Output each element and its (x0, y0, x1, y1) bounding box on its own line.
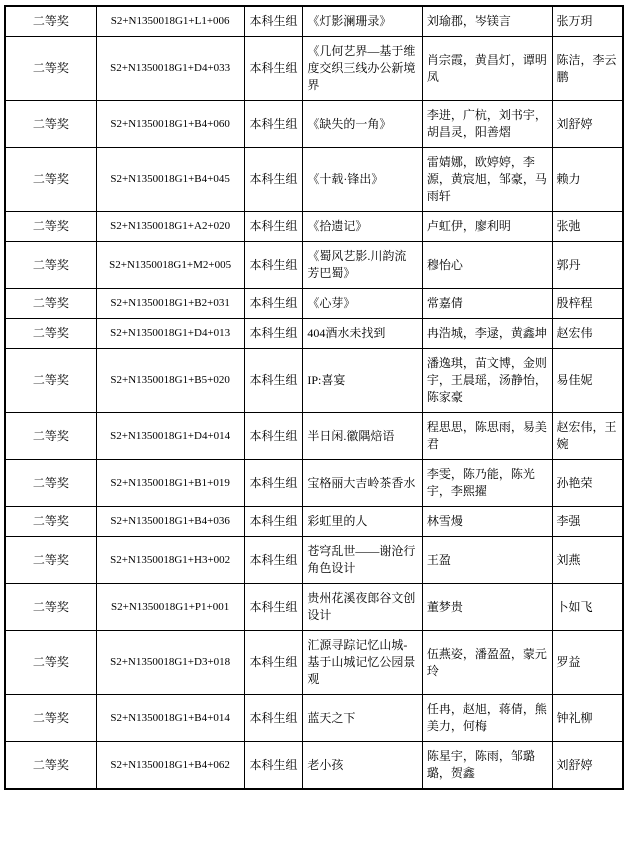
table-row: 二等奖S2+N1350018G1+L1+006本科生组《灯影澜珊录》刘瑜郡，岑镁… (5, 6, 623, 37)
award-level-cell: 二等奖 (5, 148, 96, 212)
group-cell: 本科生组 (244, 212, 303, 242)
entry-code-cell: S2+N1350018G1+L1+006 (96, 6, 244, 37)
group-cell: 本科生组 (244, 631, 303, 695)
award-level-cell: 二等奖 (5, 631, 96, 695)
authors-cell: 程思思，陈思雨，易美君 (422, 413, 552, 460)
authors-cell: 任冉，赵旭，蒋倩，熊美力，何梅 (422, 695, 552, 742)
table-row: 二等奖S2+N1350018G1+A2+020本科生组《拾遗记》卢虹伊，廖利明张… (5, 212, 623, 242)
work-title-cell: 宝格丽大吉岭茶香水 (303, 460, 423, 507)
award-level-cell: 二等奖 (5, 242, 96, 289)
work-title-cell: 半日闲.徽隅焙语 (303, 413, 423, 460)
group-cell: 本科生组 (244, 101, 303, 148)
authors-cell: 林雪熳 (422, 507, 552, 537)
table-row: 二等奖S2+N1350018G1+B4+045本科生组《十载·锋出》雷婧娜，欧婷… (5, 148, 623, 212)
table-row: 二等奖S2+N1350018G1+M2+005本科生组《蜀风艺影.川韵流芳巴蜀》… (5, 242, 623, 289)
award-level-cell: 二等奖 (5, 6, 96, 37)
instructor-cell: 陈洁，李云鹏 (552, 37, 623, 101)
award-level-cell: 二等奖 (5, 460, 96, 507)
group-cell: 本科生组 (244, 460, 303, 507)
instructor-cell: 易佳妮 (552, 349, 623, 413)
table-row: 二等奖S2+N1350018G1+B1+019本科生组宝格丽大吉岭茶香水李雯，陈… (5, 460, 623, 507)
group-cell: 本科生组 (244, 319, 303, 349)
award-level-cell: 二等奖 (5, 413, 96, 460)
entry-code-cell: S2+N1350018G1+M2+005 (96, 242, 244, 289)
work-title-cell: 《缺失的一角》 (303, 101, 423, 148)
group-cell: 本科生组 (244, 6, 303, 37)
group-cell: 本科生组 (244, 289, 303, 319)
authors-cell: 董梦贵 (422, 584, 552, 631)
instructor-cell: 刘舒婷 (552, 101, 623, 148)
authors-cell: 刘瑜郡，岑镁言 (422, 6, 552, 37)
entry-code-cell: S2+N1350018G1+B4+014 (96, 695, 244, 742)
group-cell: 本科生组 (244, 37, 303, 101)
work-title-cell: 《心芽》 (303, 289, 423, 319)
entry-code-cell: S2+N1350018G1+B4+036 (96, 507, 244, 537)
work-title-cell: IP:喜宴 (303, 349, 423, 413)
authors-cell: 伍燕姿，潘盈盈，蒙元玲 (422, 631, 552, 695)
entry-code-cell: S2+N1350018G1+D4+013 (96, 319, 244, 349)
instructor-cell: 刘舒婷 (552, 742, 623, 790)
work-title-cell: 《几何艺界—基于维度交织三线办公新境界 (303, 37, 423, 101)
work-title-cell: 彩虹里的人 (303, 507, 423, 537)
table-row: 二等奖S2+N1350018G1+B4+014本科生组蓝天之下任冉，赵旭，蒋倩，… (5, 695, 623, 742)
instructor-cell: 李强 (552, 507, 623, 537)
award-level-cell: 二等奖 (5, 742, 96, 790)
authors-cell: 李雯，陈乃能，陈光宇，李熙擢 (422, 460, 552, 507)
award-level-cell: 二等奖 (5, 537, 96, 584)
authors-cell: 卢虹伊，廖利明 (422, 212, 552, 242)
work-title-cell: 404酒水未找到 (303, 319, 423, 349)
entry-code-cell: S2+N1350018G1+D4+014 (96, 413, 244, 460)
group-cell: 本科生组 (244, 537, 303, 584)
award-level-cell: 二等奖 (5, 319, 96, 349)
award-level-cell: 二等奖 (5, 695, 96, 742)
entry-code-cell: S2+N1350018G1+B4+062 (96, 742, 244, 790)
instructor-cell: 赵宏伟，王婉 (552, 413, 623, 460)
entry-code-cell: S2+N1350018G1+B2+031 (96, 289, 244, 319)
table-row: 二等奖S2+N1350018G1+B5+020本科生组IP:喜宴潘逸琪，苗文博，… (5, 349, 623, 413)
entry-code-cell: S2+N1350018G1+H3+002 (96, 537, 244, 584)
entry-code-cell: S2+N1350018G1+D4+033 (96, 37, 244, 101)
work-title-cell: 《十载·锋出》 (303, 148, 423, 212)
group-cell: 本科生组 (244, 584, 303, 631)
group-cell: 本科生组 (244, 742, 303, 790)
award-level-cell: 二等奖 (5, 349, 96, 413)
table-row: 二等奖S2+N1350018G1+B4+036本科生组彩虹里的人林雪熳李强 (5, 507, 623, 537)
entry-code-cell: S2+N1350018G1+A2+020 (96, 212, 244, 242)
authors-cell: 肖宗霞，黄昌灯，谭明凤 (422, 37, 552, 101)
entry-code-cell: S2+N1350018G1+B1+019 (96, 460, 244, 507)
instructor-cell: 张弛 (552, 212, 623, 242)
award-level-cell: 二等奖 (5, 37, 96, 101)
awards-table: 二等奖S2+N1350018G1+L1+006本科生组《灯影澜珊录》刘瑜郡，岑镁… (4, 5, 624, 790)
table-row: 二等奖S2+N1350018G1+B4+060本科生组《缺失的一角》李进，广杭，… (5, 101, 623, 148)
instructor-cell: 赵宏伟 (552, 319, 623, 349)
authors-cell: 潘逸琪，苗文博，金则宇，王晨瑶，汤静怡，陈家豪 (422, 349, 552, 413)
table-row: 二等奖S2+N1350018G1+D4+033本科生组《几何艺界—基于维度交织三… (5, 37, 623, 101)
entry-code-cell: S2+N1350018G1+D3+018 (96, 631, 244, 695)
award-level-cell: 二等奖 (5, 101, 96, 148)
instructor-cell: 孙艳荣 (552, 460, 623, 507)
instructor-cell: 郭丹 (552, 242, 623, 289)
instructor-cell: 钟礼柳 (552, 695, 623, 742)
work-title-cell: 《蜀风艺影.川韵流芳巴蜀》 (303, 242, 423, 289)
table-row: 二等奖S2+N1350018G1+P1+001本科生组贵州花溪夜郎谷文创设计董梦… (5, 584, 623, 631)
document-page: 二等奖S2+N1350018G1+L1+006本科生组《灯影澜珊录》刘瑜郡，岑镁… (0, 0, 633, 847)
entry-code-cell: S2+N1350018G1+B4+045 (96, 148, 244, 212)
entry-code-cell: S2+N1350018G1+B4+060 (96, 101, 244, 148)
award-level-cell: 二等奖 (5, 289, 96, 319)
instructor-cell: 张万玥 (552, 6, 623, 37)
work-title-cell: 蓝天之下 (303, 695, 423, 742)
instructor-cell: 赖力 (552, 148, 623, 212)
table-row: 二等奖S2+N1350018G1+D4+014本科生组半日闲.徽隅焙语程思思，陈… (5, 413, 623, 460)
work-title-cell: 苍穹乱世——谢沧行角色设计 (303, 537, 423, 584)
work-title-cell: 汇源寻踪记忆山城-基于山城记忆公园景观 (303, 631, 423, 695)
group-cell: 本科生组 (244, 507, 303, 537)
entry-code-cell: S2+N1350018G1+P1+001 (96, 584, 244, 631)
group-cell: 本科生组 (244, 349, 303, 413)
group-cell: 本科生组 (244, 148, 303, 212)
award-level-cell: 二等奖 (5, 507, 96, 537)
awards-table-body: 二等奖S2+N1350018G1+L1+006本科生组《灯影澜珊录》刘瑜郡，岑镁… (5, 6, 623, 789)
table-row: 二等奖S2+N1350018G1+B2+031本科生组《心芽》常嘉倩殷梓程 (5, 289, 623, 319)
authors-cell: 陈星宇，陈雨，邹璐璐，贺鑫 (422, 742, 552, 790)
work-title-cell: 贵州花溪夜郎谷文创设计 (303, 584, 423, 631)
instructor-cell: 刘燕 (552, 537, 623, 584)
table-row: 二等奖S2+N1350018G1+B4+062本科生组老小孩陈星宇，陈雨，邹璐璐… (5, 742, 623, 790)
award-level-cell: 二等奖 (5, 584, 96, 631)
instructor-cell: 卜如飞 (552, 584, 623, 631)
instructor-cell: 殷梓程 (552, 289, 623, 319)
authors-cell: 王盈 (422, 537, 552, 584)
instructor-cell: 罗益 (552, 631, 623, 695)
group-cell: 本科生组 (244, 242, 303, 289)
authors-cell: 常嘉倩 (422, 289, 552, 319)
group-cell: 本科生组 (244, 695, 303, 742)
work-title-cell: 老小孩 (303, 742, 423, 790)
table-row: 二等奖S2+N1350018G1+D4+013本科生组404酒水未找到冉浩城，李… (5, 319, 623, 349)
award-level-cell: 二等奖 (5, 212, 96, 242)
table-row: 二等奖S2+N1350018G1+H3+002本科生组苍穹乱世——谢沧行角色设计… (5, 537, 623, 584)
table-row: 二等奖S2+N1350018G1+D3+018本科生组汇源寻踪记忆山城-基于山城… (5, 631, 623, 695)
entry-code-cell: S2+N1350018G1+B5+020 (96, 349, 244, 413)
authors-cell: 穆怡心 (422, 242, 552, 289)
authors-cell: 雷婧娜，欧婷婷，李源，黄宸旭，邹豪，马雨轩 (422, 148, 552, 212)
work-title-cell: 《灯影澜珊录》 (303, 6, 423, 37)
group-cell: 本科生组 (244, 413, 303, 460)
authors-cell: 李进，广杭，刘书宇，胡昌灵，阳善熠 (422, 101, 552, 148)
work-title-cell: 《拾遗记》 (303, 212, 423, 242)
authors-cell: 冉浩城，李逯，黄鑫坤 (422, 319, 552, 349)
